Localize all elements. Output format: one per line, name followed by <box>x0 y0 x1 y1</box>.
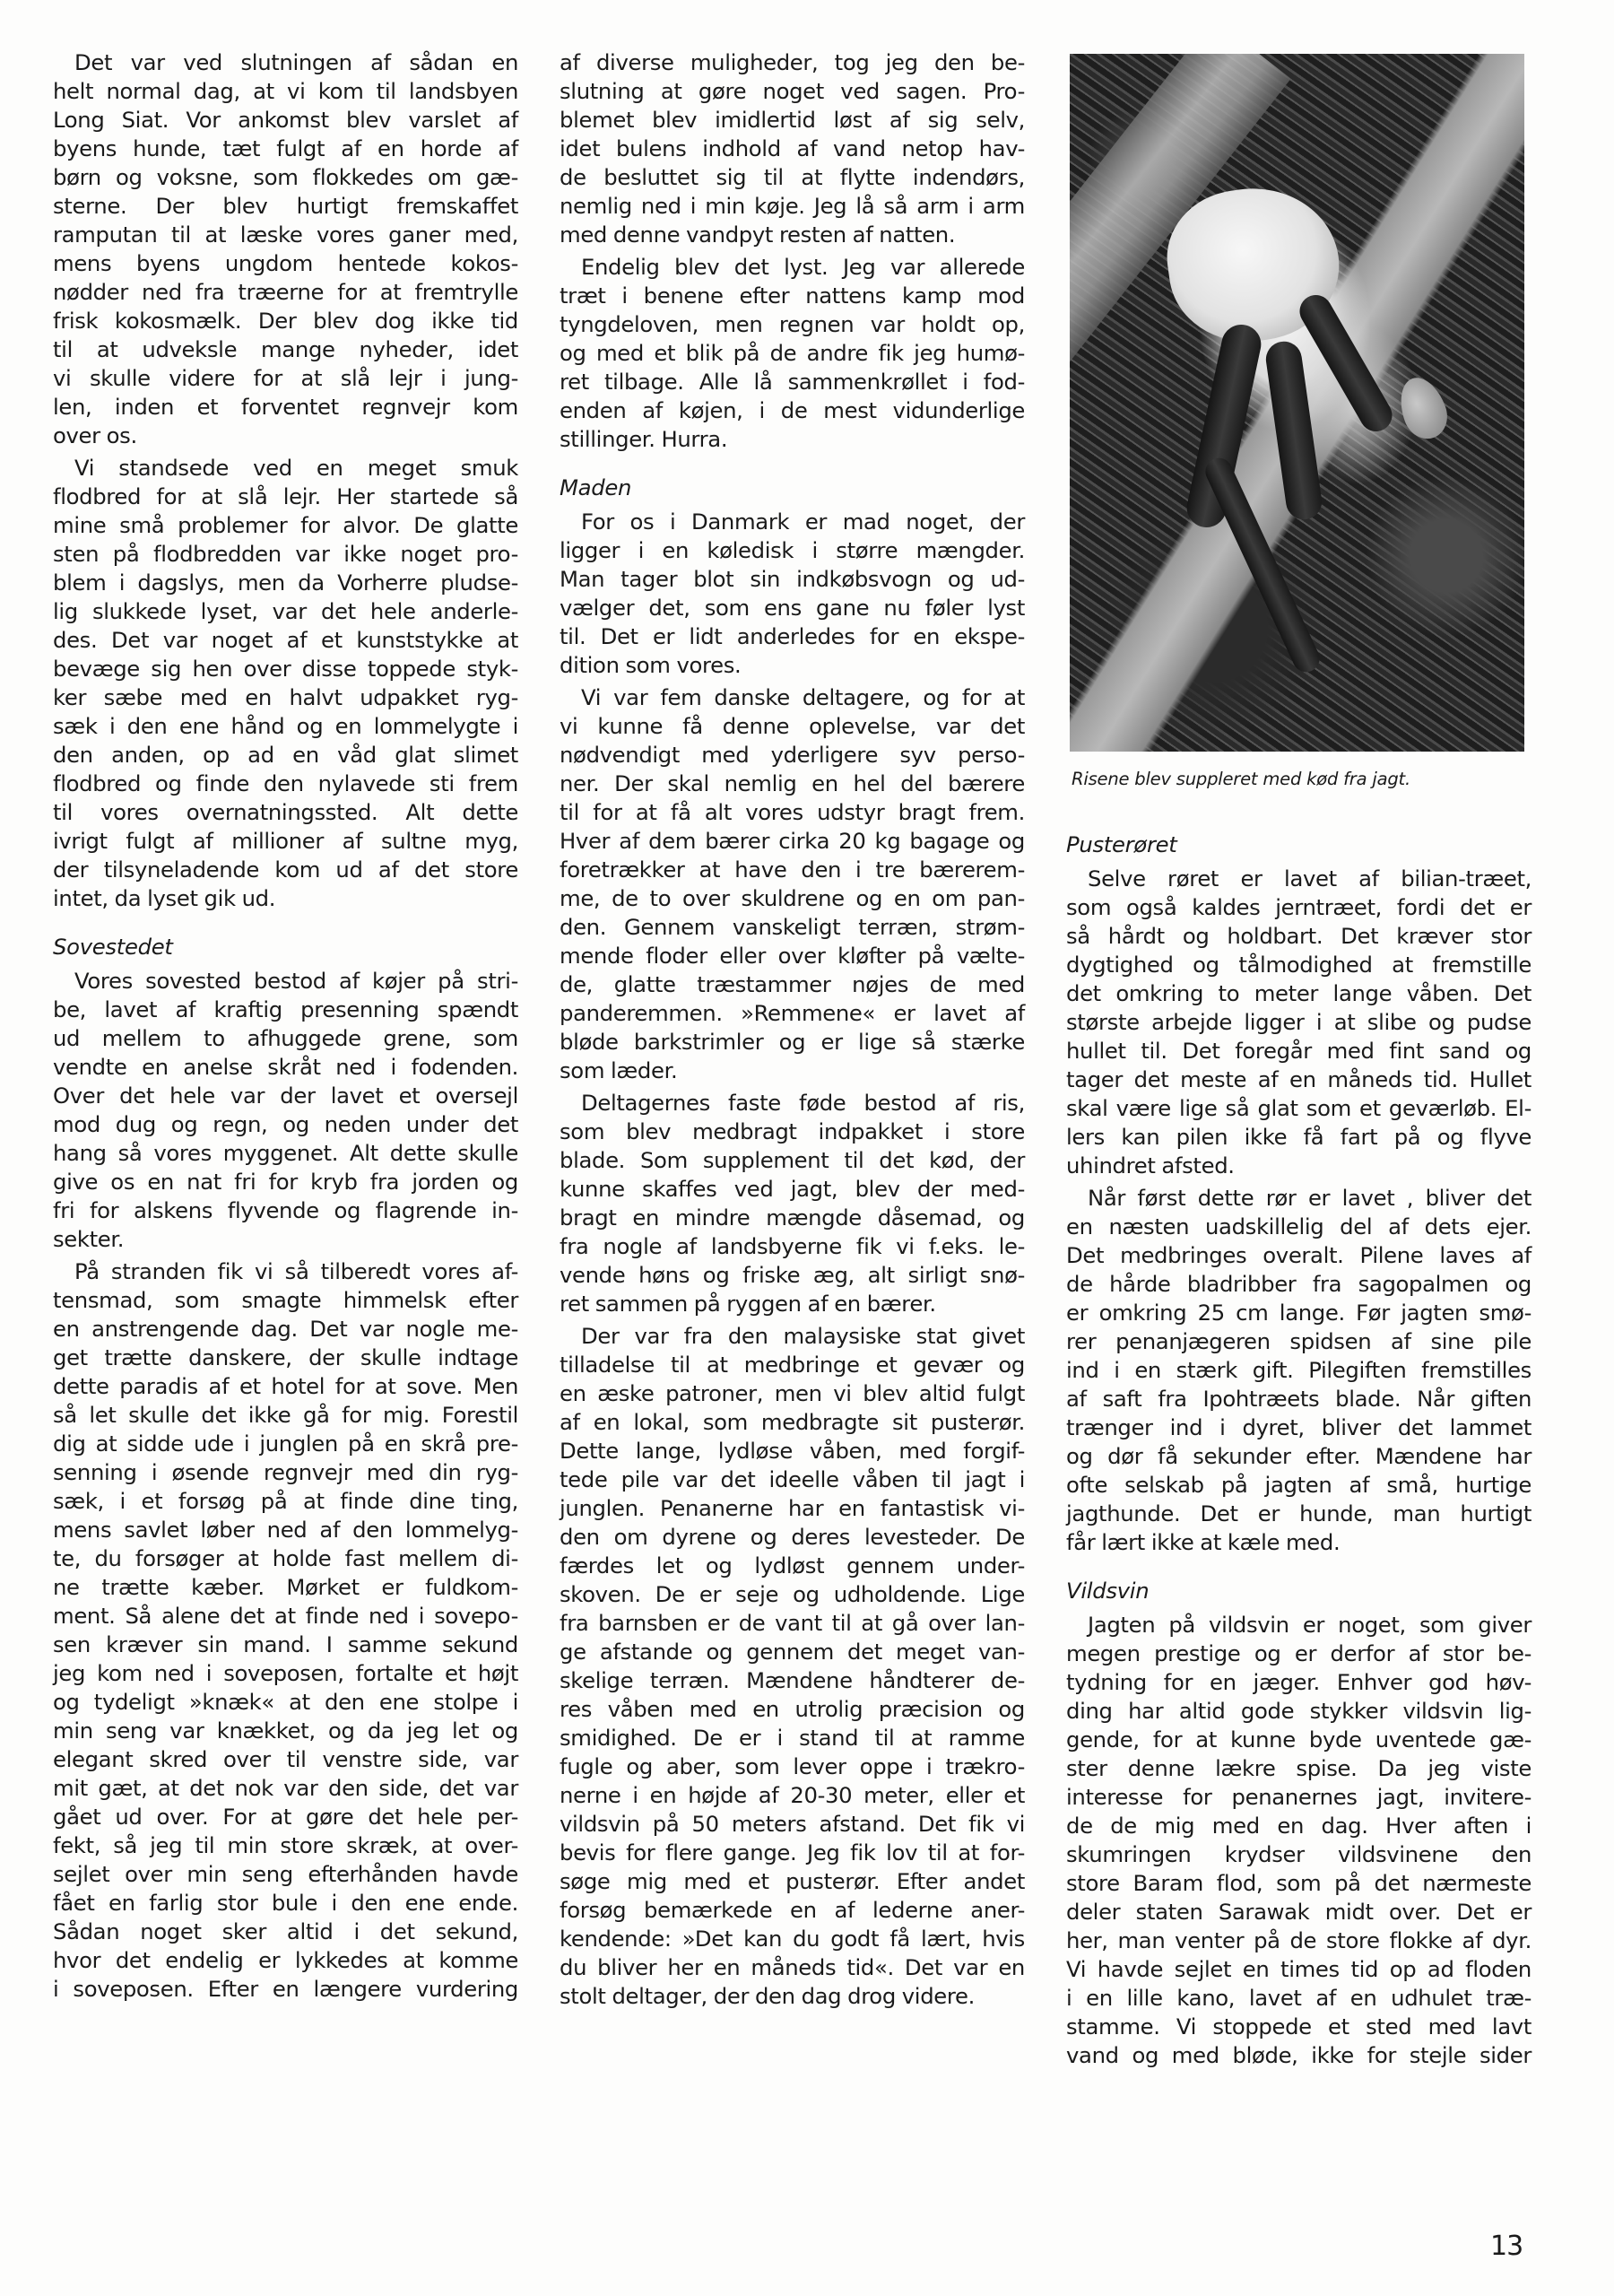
text-line: i en lille kano, lavet af en udhulet træ… <box>1066 1984 1532 2013</box>
text-line: senning i øsende regnvejr med din ryg- <box>53 1458 518 1487</box>
paragraph: For os i Danmark er mad noget, derligger… <box>560 508 1025 680</box>
paragraph: Det var ved slutningen af sådan enhelt n… <box>53 48 518 450</box>
text-line: stolt deltager, der den dag drog videre. <box>560 1982 1025 2011</box>
text-line: junglen. Penanerne har en fantastisk vi- <box>560 1494 1025 1523</box>
text-line: en æske patroner, men vi blev altid fulg… <box>560 1379 1025 1408</box>
text-line: len, inden et forventet regnvejr kom <box>53 393 518 422</box>
text-line: hvor det endelig er lykkedes at komme <box>53 1946 518 1975</box>
text-line: fekt, så jeg til min store skræk, at ove… <box>53 1831 518 1860</box>
text-line: jagthunde. Det er hunde, man hurtigt <box>1066 1500 1532 1528</box>
text-line: vendte en anelse skråt ned i fodenden. <box>53 1053 518 1082</box>
paragraph: Deltagernes faste føde bestod af ris,som… <box>560 1089 1025 1318</box>
text-line: For os i Danmark er mad noget, der <box>560 508 1025 536</box>
text-line: flodbred for at slå lejr. Her startede s… <box>53 483 518 511</box>
section-heading: Vildsvin <box>1066 1577 1532 1605</box>
text-line: fri for alskens flyvende og flagrende in… <box>53 1196 518 1225</box>
text-line: sejlet over min seng efterhånden havde <box>53 1860 518 1889</box>
text-line: så hårdt og holdbart. Det kræver stor <box>1066 922 1532 951</box>
text-line: bevis for flere gange. Jeg fik lov til a… <box>560 1839 1025 1867</box>
text-line: trænger ind i dyret, bliver det lammet <box>1066 1413 1532 1442</box>
text-line: Dette lange, lydløse våben, med forgif- <box>560 1437 1025 1465</box>
text-line: sæk i den ene hånd og en lommelygte i <box>53 712 518 741</box>
paragraph: Selve røret er lavet af bilian-træet,som… <box>1066 865 1532 1180</box>
text-line: sten på flodbredden var ikke noget pro- <box>53 540 518 569</box>
text-line: den anden, op ad en våd glat slimet <box>53 741 518 770</box>
text-line: nødvendigt med yderligere syv perso- <box>560 741 1025 770</box>
text-column-1: Det var ved slutningen af sådan enhelt n… <box>53 48 518 2007</box>
text-line: mens savlet løber ned af den lommelyg- <box>53 1516 518 1544</box>
text-line: det omkring to meter lange våben. Det <box>1066 979 1532 1008</box>
text-line: tyngdeloven, men regnen var holdt op, <box>560 310 1025 339</box>
section-heading: Pusterøret <box>1066 831 1532 859</box>
text-line: skelige terræn. Mændene håndterer de- <box>560 1666 1025 1695</box>
text-line: til vores overnatningssted. Alt dette <box>53 798 518 827</box>
text-line: me, de to over skuldrene og en om pan- <box>560 884 1025 913</box>
text-line: med denne vandpyt resten af natten. <box>560 221 1025 249</box>
text-line: og tydeligt »knæk« at den ene stolpe i <box>53 1688 518 1717</box>
text-line: give os en nat fri for kryb fra jorden o… <box>53 1168 518 1196</box>
text-line: ivrigt fulgt af millioner af sultne myg, <box>53 827 518 856</box>
text-line: Hver af dem bærer cirka 20 kg bagage og <box>560 827 1025 856</box>
text-line: så let skulle det ikke gå for mig. Fores… <box>53 1401 518 1430</box>
photo-leaf <box>1392 371 1453 445</box>
text-line: ge afstande og gennem det meget van- <box>560 1638 1025 1666</box>
text-line: Vi havde sejlet en times tid op ad flode… <box>1066 1955 1532 1984</box>
paragraph: Jagten på vildsvin er noget, som giverme… <box>1066 1611 1532 2070</box>
text-line: stamme. Vi stoppede et sted med lavt <box>1066 2013 1532 2041</box>
photo-tree-trunk <box>1070 54 1291 715</box>
text-line: de de mig med en dag. Hver aften i <box>1066 1812 1532 1840</box>
text-line: dette paradis af et hotel for at sove. M… <box>53 1372 518 1401</box>
text-line: Selve røret er lavet af bilian-træet, <box>1066 865 1532 893</box>
text-line: res våben med en utrolig præcision og <box>560 1695 1025 1724</box>
text-line: Man tager blot sin indkøbsvogn og ud- <box>560 565 1025 594</box>
text-line: fra nogle af landsbyerne fik vi f.eks. l… <box>560 1232 1025 1261</box>
text-line: des. Det var noget af et kunststykke at <box>53 626 518 655</box>
text-line: som læder. <box>560 1057 1025 1085</box>
photo-caption: Risene blev suppleret med kød fra jagt. <box>1072 768 1410 791</box>
text-line: og med et blik på de andre fik jeg humø- <box>560 339 1025 368</box>
text-line: rer penanjægeren spidsen af sine pile <box>1066 1327 1532 1356</box>
text-line: her, man venter på de store flokke af dy… <box>1066 1926 1532 1955</box>
text-line: i soveposen. Efter en længere vurdering <box>53 1975 518 2004</box>
text-line: Det var ved slutningen af sådan en <box>53 48 518 77</box>
text-line: mende floder eller over kløfter på vælte… <box>560 942 1025 970</box>
text-line: foretrækker at have den i tre bærerem- <box>560 856 1025 884</box>
text-line: skoven. De er seje og udholdende. Lige <box>560 1580 1025 1609</box>
text-line: skumringen krydser vildsvinene den <box>1066 1840 1532 1869</box>
photo-monkey-limb <box>1263 339 1323 522</box>
text-line: de, glatte træstammer nøjes de med <box>560 970 1025 999</box>
text-line: ud mellem to afhuggede grene, som <box>53 1024 518 1053</box>
text-line: der tilsyneladende kom ud af det store <box>53 856 518 884</box>
text-line: over os. <box>53 422 518 450</box>
text-line: er omkring 25 cm lange. Før jagten smø- <box>1066 1299 1532 1327</box>
text-line: den om dyrene og deres levesteder. De <box>560 1523 1025 1552</box>
text-line: te, du forsøger at holde fast mellem di- <box>53 1544 518 1573</box>
text-column-3: PusterøretSelve røret er lavet af bilian… <box>1066 831 1532 2074</box>
text-line: til for at få alt vores udstyr bragt fre… <box>560 798 1025 827</box>
text-line: Vi var fem danske deltagere, og for at <box>560 683 1025 712</box>
text-line: af diverse muligheder, tog jeg den be- <box>560 48 1025 77</box>
text-line: Der var fra den malaysiske stat givet <box>560 1322 1025 1351</box>
text-line: mit gæt, at det nok var den side, det va… <box>53 1774 518 1803</box>
text-line: hullet til. Det foregår med fint sand og <box>1066 1037 1532 1065</box>
text-line: mod dug og regn, og neden under det <box>53 1110 518 1139</box>
text-line: træt i benene efter nattens kamp mod <box>560 282 1025 310</box>
paragraph: Der var fra den malaysiske stat givettil… <box>560 1322 1025 2011</box>
text-line: ligger i en køledisk i større mængder. <box>560 536 1025 565</box>
text-line: bragt en mindre mængde dåsemad, og <box>560 1204 1025 1232</box>
text-line: søge mig med et pusterør. Efter andet <box>560 1867 1025 1896</box>
text-line: ret sammen på ryggen af en bærer. <box>560 1290 1025 1318</box>
text-line: byens hunde, tæt fulgt af en horde af <box>53 135 518 163</box>
text-line: jeg kom ned i soveposen, fortalte et høj… <box>53 1659 518 1688</box>
text-line: be, lavet af kraftig presenning spændt <box>53 996 518 1024</box>
text-line: enden af køjen, i de mest vidunderlige <box>560 396 1025 425</box>
text-line: ment. Så alene det at finde ned i sovepo… <box>53 1602 518 1631</box>
text-line: bevæge sig hen over disse toppede styk- <box>53 655 518 683</box>
text-line: mens byens ungdom hentede kokos- <box>53 249 518 278</box>
text-line: får lært ikke at kæle med. <box>1066 1528 1532 1557</box>
text-line: vand og med bløde, ikke for stejle sider <box>1066 2041 1532 2070</box>
text-line: som også kaldes jerntræet, fordi det er <box>1066 893 1532 922</box>
text-line: gende, for at kunne byde uventede gæ- <box>1066 1726 1532 1754</box>
text-line: og dør få sekunder efter. Mændene har <box>1066 1442 1532 1471</box>
text-line: en næsten uadskillelig del af dets ejer. <box>1066 1213 1532 1241</box>
text-line: ster denne lækre spise. Da jeg viste <box>1066 1754 1532 1783</box>
text-line: smidighed. De er i stand til at ramme <box>560 1724 1025 1752</box>
text-line: ner. Der skal nemlig en hel del bærere <box>560 770 1025 798</box>
text-line: Sådan noget sker altid i det sekund, <box>53 1918 518 1946</box>
paragraph: Endelig blev det lyst. Jeg var alleredet… <box>560 253 1025 454</box>
text-line: nemlig ned i min køje. Jeg lå så arm i a… <box>560 192 1025 221</box>
text-line: ramputan til at læske vores ganer med, <box>53 221 518 249</box>
text-line: til. Det er lidt anderledes for en ekspe… <box>560 622 1025 651</box>
text-line: panderemmen. »Remmene« er lavet af <box>560 999 1025 1028</box>
text-line: idet bulens indhold af vand netop hav- <box>560 135 1025 163</box>
text-line: vi skulle videre for at slå lejr i jung- <box>53 364 518 393</box>
text-line: store Baram flod, som på det nærmeste <box>1066 1869 1532 1898</box>
text-line: nerne i en højde af 20-30 meter, eller e… <box>560 1781 1025 1810</box>
text-line: som blev medbragt indpakket i store <box>560 1118 1025 1146</box>
text-line: kunne skaffes ved jagt, blev der med- <box>560 1175 1025 1204</box>
text-line: børn og voksne, som flokkedes om gæ- <box>53 163 518 192</box>
paragraph: af diverse muligheder, tog jeg den be-sl… <box>560 48 1025 249</box>
text-line: sekter. <box>53 1225 518 1254</box>
text-line: sterne. Der blev hurtigt fremskaffet <box>53 192 518 221</box>
text-line: nødder ned fra træerne for at fremtrylle <box>53 278 518 307</box>
text-line: lers kan pilen ikke få fart på og flyve <box>1066 1123 1532 1152</box>
text-line: ofte selskab på jagten af små, hurtige <box>1066 1471 1532 1500</box>
text-line: Vores sovested bestod af køjer på stri- <box>53 967 518 996</box>
text-line: tager det meste af en måneds tid. Hullet <box>1066 1065 1532 1094</box>
text-line: Det medbringes overalt. Pilene laves af <box>1066 1241 1532 1270</box>
text-line: min seng var knækket, og da jeg let og <box>53 1717 518 1745</box>
text-line: største arbejde ligger i at slibe og pud… <box>1066 1008 1532 1037</box>
text-line: blem i dagslys, men da Vorherre pludse- <box>53 569 518 597</box>
text-line: Long Siat. Vor ankomst blev varslet af <box>53 106 518 135</box>
paragraph: Når først dette rør er lavet , bliver de… <box>1066 1184 1532 1557</box>
text-line: sen kræver sin mand. I samme sekund <box>53 1631 518 1659</box>
text-line: megen prestige og er derfor af stor be- <box>1066 1639 1532 1668</box>
paragraph: Vi var fem danske deltagere, og for atvi… <box>560 683 1025 1085</box>
text-line: elegant skred over til venstre side, var <box>53 1745 518 1774</box>
text-line: slutning at gøre noget ved sagen. Pro- <box>560 77 1025 106</box>
text-line: sæk, i et forsøg på at finde dine ting, <box>53 1487 518 1516</box>
text-line: fugle og aber, som lever oppe i trækro- <box>560 1752 1025 1781</box>
text-line: en anstrengende dag. Det var nogle me- <box>53 1315 518 1344</box>
text-line: til at udveksle mange nyheder, idet <box>53 335 518 364</box>
text-line: de besluttet sig til at flytte indendørs… <box>560 163 1025 192</box>
text-line: get trætte danskere, der skulle indtage <box>53 1344 518 1372</box>
text-line: Over det hele var der lavet et oversejl <box>53 1082 518 1110</box>
text-line: Jagten på vildsvin er noget, som giver <box>1066 1611 1532 1639</box>
text-line: blemet blev imidlertid løst af sig selv, <box>560 106 1025 135</box>
text-line: ne trætte kæber. Mørket er fuldkom- <box>53 1573 518 1602</box>
text-line: ind i en stærk gift. Pilegiften fremstil… <box>1066 1356 1532 1385</box>
text-line: vildsvin på 50 meters afstand. Det fik v… <box>560 1810 1025 1839</box>
text-line: Vi standsede ved en meget smuk <box>53 454 518 483</box>
text-line: Endelig blev det lyst. Jeg var allerede <box>560 253 1025 282</box>
text-line: hang så vores myggenet. Alt dette skulle <box>53 1139 518 1168</box>
text-line: kendende: »Det kan du godt få lært, hvis <box>560 1925 1025 1953</box>
text-line: uhindret afsted. <box>1066 1152 1532 1180</box>
text-line: af saft fra Ipohtræets blade. Når giften <box>1066 1385 1532 1413</box>
text-line: tilladelse til at medbringe et gevær og <box>560 1351 1025 1379</box>
text-line: blade. Som supplement til det kød, der <box>560 1146 1025 1175</box>
text-line: fra barnsben er de vant til at gå over l… <box>560 1609 1025 1638</box>
text-line: du bliver her en måneds tid«. Det var en <box>560 1953 1025 1982</box>
text-line: af en lokal, som medbragte sit pusterør. <box>560 1408 1025 1437</box>
text-line: dig at sidde ude i junglen på en skrå pr… <box>53 1430 518 1458</box>
paragraph: På stranden fik vi så tilberedt vores af… <box>53 1257 518 2004</box>
text-line: lig slukkede lyset, var det hele anderle… <box>53 597 518 626</box>
text-line: intet, da lyset gik ud. <box>53 884 518 913</box>
text-line: dition som vores. <box>560 651 1025 680</box>
text-line: tede pile var det ideelle våben til jagt… <box>560 1465 1025 1494</box>
text-line: skal være lige så glat som et geværløb. … <box>1066 1094 1532 1123</box>
text-line: fået en farlig stor bule i den ene ende. <box>53 1889 518 1918</box>
text-line: bløde barkstrimler og er lige så stærke <box>560 1028 1025 1057</box>
text-line: vi kunne få denne oplevelse, var det <box>560 712 1025 741</box>
text-line: tydning for en jæger. Enhver god høv- <box>1066 1668 1532 1697</box>
section-heading: Sovestedet <box>53 933 518 961</box>
text-line: ker sæbe med en halvt udpakket ryg- <box>53 683 518 712</box>
text-line: ret tilbage. Alle lå sammenkrøllet i fod… <box>560 368 1025 396</box>
text-line: interesse for penanernes jagt, invitere- <box>1066 1783 1532 1812</box>
text-line: mine små problemer for alvor. De glatte <box>53 511 518 540</box>
text-line: frisk kokosmælk. Der blev dog ikke tid <box>53 307 518 335</box>
text-line: flodbred og finde den nylavede sti frem <box>53 770 518 798</box>
page-number: 13 <box>1490 2231 1523 2262</box>
text-line: helt normal dag, at vi kom til landsbyen <box>53 77 518 106</box>
text-line: tensmad, som smagte himmelsk efter <box>53 1286 518 1315</box>
text-line: gået ud over. For at gøre det hele per- <box>53 1803 518 1831</box>
photo-monkey-on-log <box>1070 54 1524 752</box>
text-line: dygtighed og tålmodighed at fremstille <box>1066 951 1532 979</box>
text-line: den. Gennem vanskeligt terræn, strøm- <box>560 913 1025 942</box>
text-line: På stranden fik vi så tilberedt vores af… <box>53 1257 518 1286</box>
text-line: ding har altid gode stykker vildsvin lig… <box>1066 1697 1532 1726</box>
text-line: Deltagernes faste føde bestod af ris, <box>560 1089 1025 1118</box>
text-column-2: af diverse muligheder, tog jeg den be-sl… <box>560 48 1025 2014</box>
text-line: vende høns og friske æg, alt sirligt snø… <box>560 1261 1025 1290</box>
text-line: forsøg bemærkede en af lederne aner- <box>560 1896 1025 1925</box>
text-line: Når først dette rør er lavet , bliver de… <box>1066 1184 1532 1213</box>
paragraph: Vores sovested bestod af køjer på stri-b… <box>53 967 518 1254</box>
section-heading: Maden <box>560 474 1025 502</box>
text-line: deler staten Sarawak midt over. Det er <box>1066 1898 1532 1926</box>
paragraph: Vi standsede ved en meget smukflodbred f… <box>53 454 518 913</box>
text-line: stillinger. Hurra. <box>560 425 1025 454</box>
text-line: de hårde bladribber fra sagopalmen og <box>1066 1270 1532 1299</box>
text-line: vælger det, som ens gane nu føler lyst <box>560 594 1025 622</box>
text-line: færdes let og lydløst gennem under- <box>560 1552 1025 1580</box>
